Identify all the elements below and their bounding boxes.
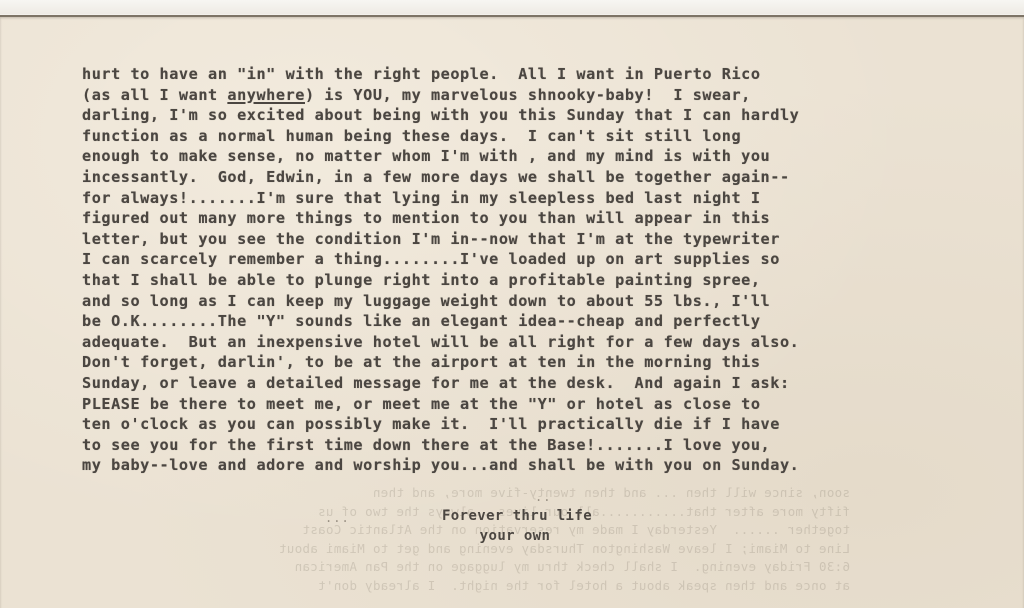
letter-line: PLEASE be there to meet me, or meet me a… [82, 394, 799, 415]
letter-line: for always!.......I'm sure that lying in… [82, 188, 799, 209]
letter-line: Sunday, or leave a detailed message for … [82, 373, 799, 394]
scanner-background-strip [0, 0, 1024, 14]
letter-line: function as a normal human being these d… [82, 126, 799, 147]
letter-line: figured out many more things to mention … [82, 208, 799, 229]
letter-line: adequate. But an inexpensive hotel will … [82, 332, 799, 353]
letter-line: I can scarcely remember a thing........I… [82, 249, 799, 270]
letter-line: enough to make sense, no matter whom I'm… [82, 146, 799, 167]
letter-line: Don't forget, darlin', to be at the airp… [82, 352, 799, 373]
letter-line: darling, I'm so excited about being with… [82, 105, 799, 126]
letter-line: hurt to have an "in" with the right peop… [82, 64, 799, 85]
letter-line: be O.K........The "Y" sounds like an ele… [82, 311, 799, 332]
closing-line-forever: Forever thru life [0, 506, 1024, 526]
letter-line: that I shall be able to plunge right int… [82, 270, 799, 291]
letter-line: incessantly. God, Edwin, in a few more d… [82, 167, 799, 188]
closing-signature: your own [0, 526, 1024, 546]
letter-closing: Forever thru life your own [0, 506, 1024, 546]
letter-line: to see you for the first time down there… [82, 435, 799, 456]
letter-body: hurt to have an "in" with the right peop… [82, 64, 799, 476]
letter-line: (as all I want anywhere) is YOU, my marv… [82, 85, 799, 106]
letter-line: ten o'clock as you can possibly make it.… [82, 414, 799, 435]
letter-line: my baby--love and adore and worship you.… [82, 455, 799, 476]
scanned-page: soon, since will then ... and then twent… [0, 0, 1024, 608]
faint-ellipsis-mark: .. [535, 490, 551, 504]
letter-line: and so long as I can keep my luggage wei… [82, 291, 799, 312]
letter-line: letter, but you see the condition I'm in… [82, 229, 799, 250]
underlined-word: anywhere [227, 86, 305, 104]
